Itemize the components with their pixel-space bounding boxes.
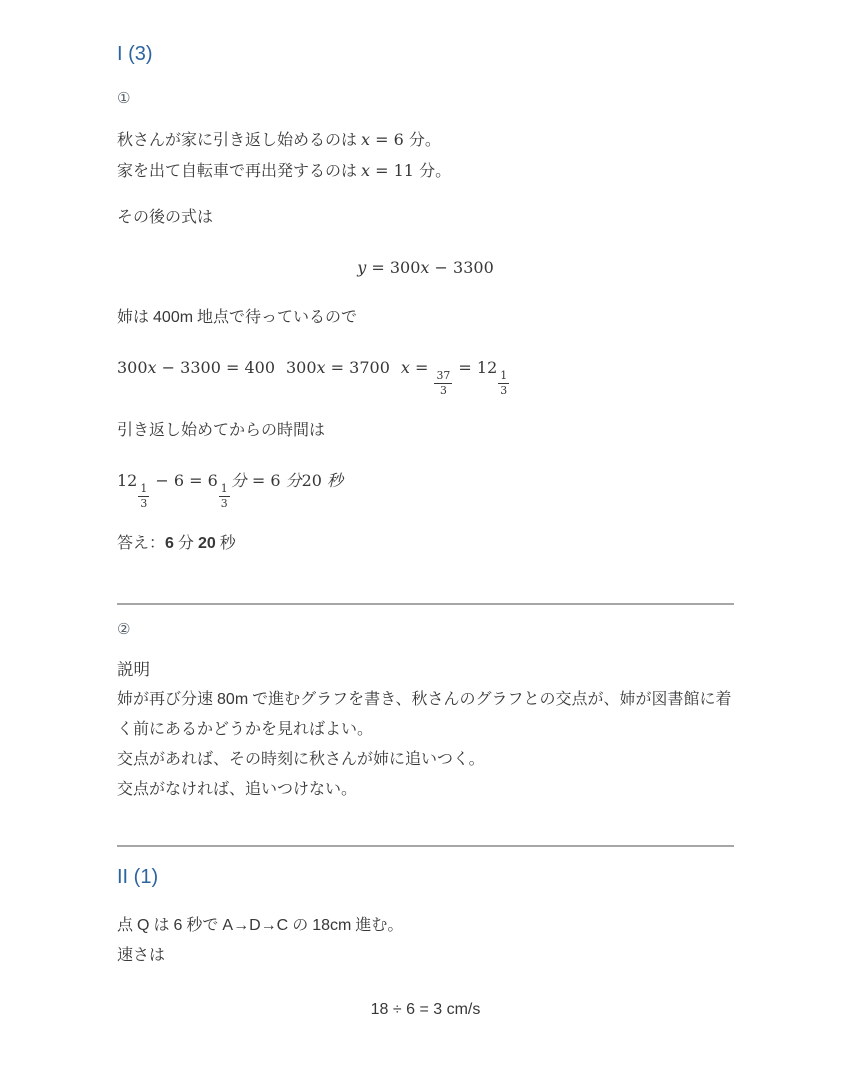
fraction-numerator: 37 — [434, 369, 452, 383]
text-run: の — [288, 917, 312, 934]
paragraph-point-q: 点 Q は 6 秒で A→D→C の 18cm 進む。速さは — [117, 911, 734, 971]
fraction-numerator: 1 — [219, 482, 230, 496]
math-variable: x — [317, 358, 326, 377]
fraction-denominator: 3 — [138, 496, 149, 511]
answer-line: 答え：6 分 20 秒 — [117, 529, 734, 559]
math-run: = 12 — [453, 358, 497, 377]
latin-run: Q — [137, 917, 149, 934]
math-run: 12 — [117, 471, 137, 490]
text-run: 地点で待っているので — [193, 309, 357, 326]
document-page: I (3) ① 秋さんが家に引き返し始めるのは x = 6 分。家を出て自転車で… — [117, 0, 734, 1075]
math-run: 300 — [117, 358, 148, 377]
text-run: は — [149, 917, 173, 934]
text-run: 秒で — [182, 917, 222, 934]
latin-path-run: A→D→C — [222, 917, 288, 934]
text-run: 姉が再び分速 — [117, 691, 217, 708]
latin-run: 18cm — [312, 917, 351, 934]
math-unit: 分 — [286, 471, 302, 490]
math-variable: x — [361, 130, 370, 149]
answer-unit: 分 — [174, 535, 198, 552]
fraction: 13 — [138, 482, 149, 511]
text-run: 進む。 — [351, 917, 403, 934]
math-variable: x — [401, 358, 410, 377]
fraction: 13 — [219, 482, 230, 511]
display-equation-speed: 18 ÷ 6 = 3 cm/s — [117, 995, 734, 1025]
answer-label: 答え： — [117, 535, 165, 552]
circled-number-2: ② — [117, 619, 734, 640]
explanation-heading: 説明 — [117, 658, 734, 683]
math-unit: 分 — [231, 471, 247, 490]
paragraph-elapsed-time: 引き返し始めてからの時間は — [117, 416, 734, 446]
text-run: 秋さんが家に引き返し始めるのは — [117, 132, 361, 149]
math-run: 20 — [302, 471, 327, 490]
math-run: − 6 = 6 — [150, 471, 218, 490]
fraction: 373 — [434, 369, 452, 398]
latin-run: 400m — [153, 309, 193, 326]
text-run: 姉は — [117, 309, 153, 326]
math-run: = 300 — [366, 258, 420, 277]
math-run: = — [410, 358, 434, 377]
answer-unit: 秒 — [216, 535, 236, 552]
fraction-denominator: 3 — [219, 496, 230, 511]
answer-value-seconds: 20 — [198, 535, 216, 552]
inline-math: x = 11 — [361, 161, 419, 180]
fraction-numerator: 1 — [498, 369, 509, 383]
fraction-denominator: 3 — [434, 383, 452, 398]
math-variable: x — [361, 161, 370, 180]
text-run: 分。 — [409, 132, 441, 149]
text-run: 交点があれば、その時刻に秋さんが姉に追いつく。 — [117, 751, 485, 768]
text-run: 点 — [117, 917, 137, 934]
answer-value-minutes: 6 — [165, 535, 174, 552]
section-heading-ii1: II (1) — [117, 865, 734, 889]
circled-number-1: ① — [117, 88, 734, 109]
text-run: 分。 — [419, 163, 451, 180]
section-divider — [117, 845, 734, 847]
equation-chain: 300x − 3300 = 400300x = 3700x = 373 = 12… — [117, 351, 734, 398]
fraction-numerator: 1 — [138, 482, 149, 496]
latin-run: 80m — [217, 691, 248, 708]
paragraph-turnback-times: 秋さんが家に引き返し始めるのは x = 6 分。家を出て自転車で再出発するのは … — [117, 125, 734, 187]
math-run: − 3300 — [429, 258, 493, 277]
math-run: = 6 — [370, 130, 409, 149]
equation-time: 1213 − 6 = 613分 = 6 分20 秒 — [117, 464, 734, 511]
math-run: − 3300 = 400 — [157, 358, 275, 377]
display-equation-line: y = 300x − 3300 — [117, 253, 734, 283]
section-divider — [117, 603, 734, 605]
fraction: 13 — [498, 369, 509, 398]
paragraph-sister-waiting: 姉は 400m 地点で待っているので — [117, 303, 734, 333]
math-run: 300 — [286, 358, 317, 377]
section-heading-i3: I (3) — [117, 42, 734, 66]
math-run: = 3700 — [326, 358, 390, 377]
text-run: 交点がなければ、追いつけない。 — [117, 781, 357, 798]
explanation-paragraph: 姉が再び分速 80m で進むグラフを書き、秋さんのグラフとの交点が、姉が図書館に… — [117, 685, 734, 805]
math-run: = 6 — [247, 471, 286, 490]
fraction-denominator: 3 — [498, 383, 509, 398]
math-run: = 11 — [370, 161, 419, 180]
paragraph-next-formula: その後の式は — [117, 203, 734, 233]
math-unit: 秒 — [327, 471, 343, 490]
inline-math: x = 6 — [361, 130, 409, 149]
math-variable: y — [357, 258, 366, 277]
text-run: 家を出て自転車で再出発するのは — [117, 163, 361, 180]
math-variable: x — [148, 358, 157, 377]
text-run: 速さは — [117, 947, 165, 964]
